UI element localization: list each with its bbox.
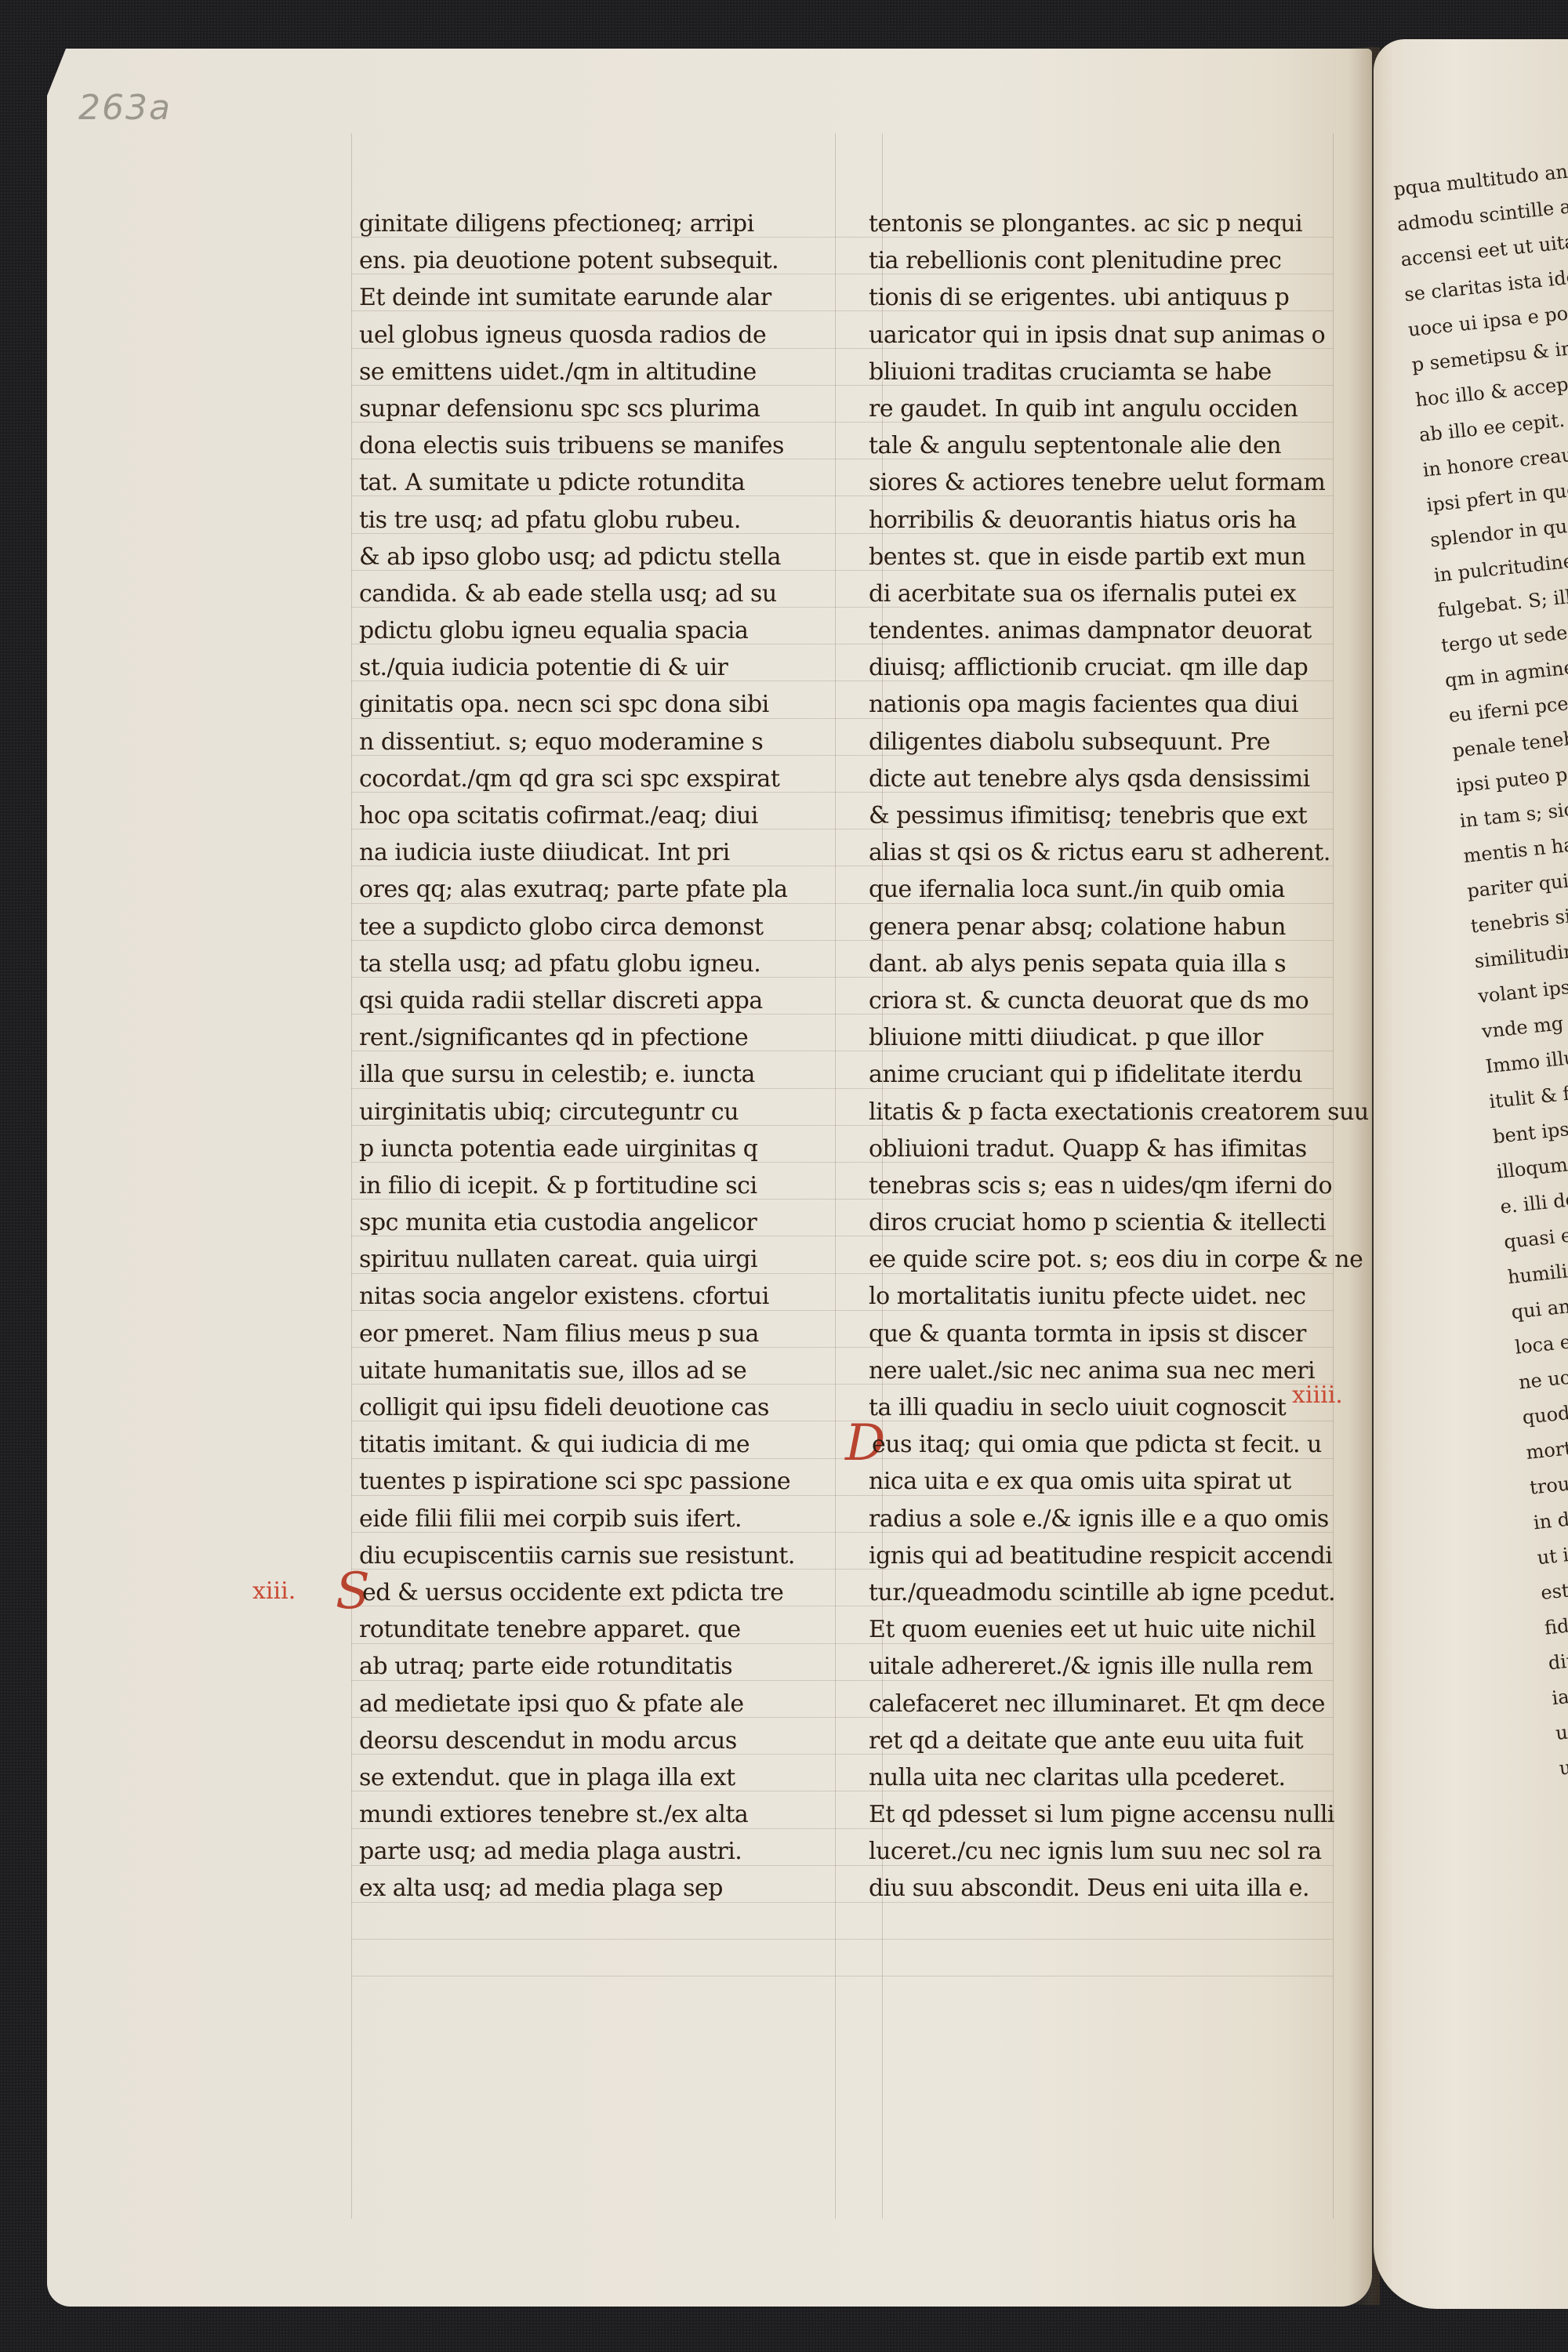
manuscript-line: diuisq; afflictionib cruciat. qm ille da… [869, 649, 1339, 686]
manuscript-line: dona electis suis tribuens se manifes [359, 427, 829, 464]
manuscript-line: qsi quida radii stellar discreti appa [359, 982, 829, 1019]
manuscript-line: radius a sole e./& ignis ille e a quo om… [869, 1501, 1339, 1537]
manuscript-line: nationis opa magis facientes qua diui [869, 686, 1339, 723]
manuscript-line: criora st. & cuncta deuorat que ds mo [869, 982, 1339, 1019]
manuscript-line: rent./significantes qd in pfectione [359, 1019, 829, 1056]
ruling-line [351, 133, 352, 2219]
manuscript-line: na iudicia iuste diiudicat. Int pri [359, 834, 829, 871]
manuscript-line: ex alta usq; ad media plaga sep [359, 1870, 829, 1907]
manuscript-line: se emittens uidet./qm in altitudine [359, 354, 829, 390]
manuscript-line: parte usq; ad media plaga austri. [359, 1833, 829, 1870]
manuscript-line: rotunditate tenebre apparet. que [359, 1611, 829, 1648]
manuscript-line: bliuioni traditas cruciamta se habe [869, 354, 1339, 390]
manuscript-line: diu suu abscondit. Deus eni uita illa e. [869, 1870, 1339, 1907]
manuscript-line: mundi extiores tenebre st./ex alta [359, 1796, 829, 1833]
manuscript-line: tionis di se erigentes. ubi antiquus p [869, 279, 1339, 316]
manuscript-line: ginitate diligens pfectioneq; arripi [359, 205, 829, 242]
manuscript-line: deorsu descendut in modu arcus [359, 1722, 829, 1759]
manuscript-line: uitate humanitatis sue, illos ad se [359, 1352, 829, 1389]
manuscript-line: obliuioni tradut. Quapp & has ifimitas [869, 1131, 1339, 1167]
manuscript-line: tuentes p ispiratione sci spc passione [359, 1463, 829, 1500]
manuscript-line: cocordat./qm qd gra sci spc exspirat [359, 760, 829, 797]
line-text: eus itaq; qui omia que pdicta st fecit. … [872, 1431, 1322, 1458]
manuscript-line: ee quide scire pot. s; eos diu in corpe … [869, 1241, 1339, 1278]
manuscript-line: tia rebellionis cont plenitudine prec [869, 242, 1339, 279]
manuscript-line: siores & actiores tenebre uelut formam [869, 464, 1339, 501]
manuscript-line: tee a supdicto globo circa demonst [359, 909, 829, 946]
manuscript-line: horribilis & deuorantis hiatus oris ha [869, 502, 1339, 539]
manuscript-line: Et qd pdesset si lum pigne accensu nulli [869, 1796, 1339, 1833]
manuscript-line: eide filii filii mei corpib suis ifert. [359, 1501, 829, 1537]
manuscript-line: uirginitatis ubiq; circuteguntr cu [359, 1094, 829, 1131]
manuscript-line: st./quia iudicia potentie di & uir [359, 649, 829, 686]
manuscript-line: uaricator qui in ipsis dnat sup animas o [869, 317, 1339, 354]
manuscript-line: uitale adhereret./& ignis ille nulla rem [869, 1648, 1339, 1685]
line-text: ed & uersus occidente ext pdicta tre [362, 1579, 783, 1606]
manuscript-line: alias st qsi os & rictus earu st adheren… [869, 834, 1339, 871]
chapter-number-rubric: xiiii. [1292, 1381, 1343, 1409]
manuscript-line: que & quanta tormta in ipsis st discer [869, 1316, 1339, 1352]
manuscript-line: nulla uita nec claritas ulla pcederet. [869, 1759, 1339, 1796]
ruling-line [351, 1939, 1333, 1940]
manuscript-line: litatis & p facta exectationis creatorem… [869, 1094, 1339, 1131]
manuscript-line: nica uita e ex qua omis uita spirat ut [869, 1463, 1339, 1500]
manuscript-line: ab utraq; parte eide rotunditatis [359, 1648, 829, 1685]
manuscript-line: pdictu globu igneu equalia spacia [359, 612, 829, 649]
manuscript-line: ignis qui ad beatitudine respicit accend… [869, 1537, 1339, 1574]
manuscript-line: genera penar absq; colatione habun [869, 909, 1339, 946]
manuscript-line: & pessimus ifimitisq; tenebris que ext [869, 797, 1339, 834]
manuscript-line: tendentes. animas dampnator deuorat [869, 612, 1339, 649]
manuscript-line: Sed & uersus occidente ext pdicta tre [359, 1574, 829, 1611]
manuscript-line: eor pmeret. Nam filius meus p sua [359, 1316, 829, 1352]
manuscript-line: in filio di icepit. & p fortitudine sci [359, 1167, 829, 1204]
chapter-number-rubric: xiii. [252, 1577, 296, 1605]
manuscript-line: nere ualet./sic nec anima sua nec meri [869, 1352, 1339, 1389]
rubricated-initial: S [336, 1576, 362, 1607]
manuscript-line: titatis imitant. & qui iudicia di me [359, 1426, 829, 1463]
manuscript-line: bentes st. que in eisde partib ext mun [869, 539, 1339, 575]
manuscript-line: anime cruciant qui p ifidelitate iterdu [869, 1056, 1339, 1093]
manuscript-line: ores qq; alas exutraq; parte pfate pla [359, 871, 829, 908]
manuscript-line: hoc opa scitatis cofirmat./eaq; diui [359, 797, 829, 834]
manuscript-line: tat. A sumitate u pdicte rotundita [359, 464, 829, 501]
manuscript-line: luceret./cu nec ignis lum suu nec sol ra [869, 1833, 1339, 1870]
manuscript-line: Deus itaq; qui omia que pdicta st fecit.… [869, 1426, 1339, 1463]
manuscript-line: ta stella usq; ad pfatu globu igneu. [359, 946, 829, 982]
manuscript-line: illa que sursu in celestib; e. iuncta [359, 1056, 829, 1093]
manuscript-line: spirituu nullaten careat. quia uirgi [359, 1241, 829, 1278]
manuscript-line: ens. pia deuotione potent subsequit. [359, 242, 829, 279]
manuscript-line: nitas socia angelor existens. cfortui [359, 1278, 829, 1315]
manuscript-line: colligit qui ipsu fideli deuotione cas [359, 1389, 829, 1426]
manuscript-line: tentonis se plongantes. ac sic p nequi [869, 205, 1339, 242]
manuscript-line: lo mortalitatis iunitu pfecte uidet. nec [869, 1278, 1339, 1315]
manuscript-line: calefaceret nec illuminaret. Et qm dece [869, 1686, 1339, 1722]
manuscript-line: dant. ab alys penis sepata quia illa s [869, 946, 1339, 982]
manuscript-line: diu ecupiscentiis carnis sue resistunt. [359, 1537, 829, 1574]
manuscript-line: p iuncta potentia eade uirginitas q [359, 1131, 829, 1167]
rubricated-initial: D [845, 1428, 872, 1459]
manuscript-line: Et deinde int sumitate earunde alar [359, 279, 829, 316]
manuscript-line: dicte aut tenebre alys qsda densissimi [869, 760, 1339, 797]
folio-number: 263a [78, 88, 172, 128]
manuscript-line: tenebras scis s; eas n uides/qm iferni d… [869, 1167, 1339, 1204]
right-text-column: tentonis se plongantes. ac sic p nequiti… [869, 205, 1339, 1907]
manuscript-line: ret qd a deitate que ante euu uita fuit [869, 1722, 1339, 1759]
manuscript-line: tis tre usq; ad pfatu globu rubeu. [359, 502, 829, 539]
manuscript-line: supnar defensionu spc scs plurima [359, 390, 829, 427]
manuscript-line: ad medietate ipsi quo & pfate ale [359, 1686, 829, 1722]
manuscript-line: candida. & ab eade stella usq; ad su [359, 575, 829, 612]
manuscript-line: se extendut. que in plaga illa ext [359, 1759, 829, 1796]
manuscript-line: que ifernalia loca sunt./in quib omia [869, 871, 1339, 908]
manuscript-line: diligentes diabolu subsequunt. Pre [869, 724, 1339, 760]
manuscript-line: ta illi quadiu in seclo uiuit cognoscit [869, 1389, 1339, 1426]
manuscript-line: Et quom euenies eet ut huic uite nichil [869, 1611, 1339, 1648]
manuscript-line: re gaudet. In quib int angulu occiden [869, 390, 1339, 427]
manuscript-line: di acerbitate sua os ifernalis putei ex [869, 575, 1339, 612]
manuscript-line: tur./queadmodu scintille ab igne pcedut. [869, 1574, 1339, 1611]
manuscript-line: & ab ipso globo usq; ad pdictu stella [359, 539, 829, 575]
ruling-line [835, 133, 836, 2219]
manuscript-line: spc munita etia custodia angelicor [359, 1204, 829, 1241]
ruling-line [351, 1976, 1333, 1976]
manuscript-line: tale & angulu septentonale alie den [869, 427, 1339, 464]
left-text-column: ginitate diligens pfectioneq; arripiens.… [359, 205, 829, 1907]
manuscript-line: bliuione mitti diiudicat. p que illor [869, 1019, 1339, 1056]
manuscript-line: diros cruciat homo p scientia & itellect… [869, 1204, 1339, 1241]
manuscript-line: n dissentiut. s; equo moderamine s [359, 724, 829, 760]
manuscript-line: ginitatis opa. necn sci spc dona sibi [359, 686, 829, 723]
manuscript-line: uel globus igneus quosda radios de [359, 317, 829, 354]
